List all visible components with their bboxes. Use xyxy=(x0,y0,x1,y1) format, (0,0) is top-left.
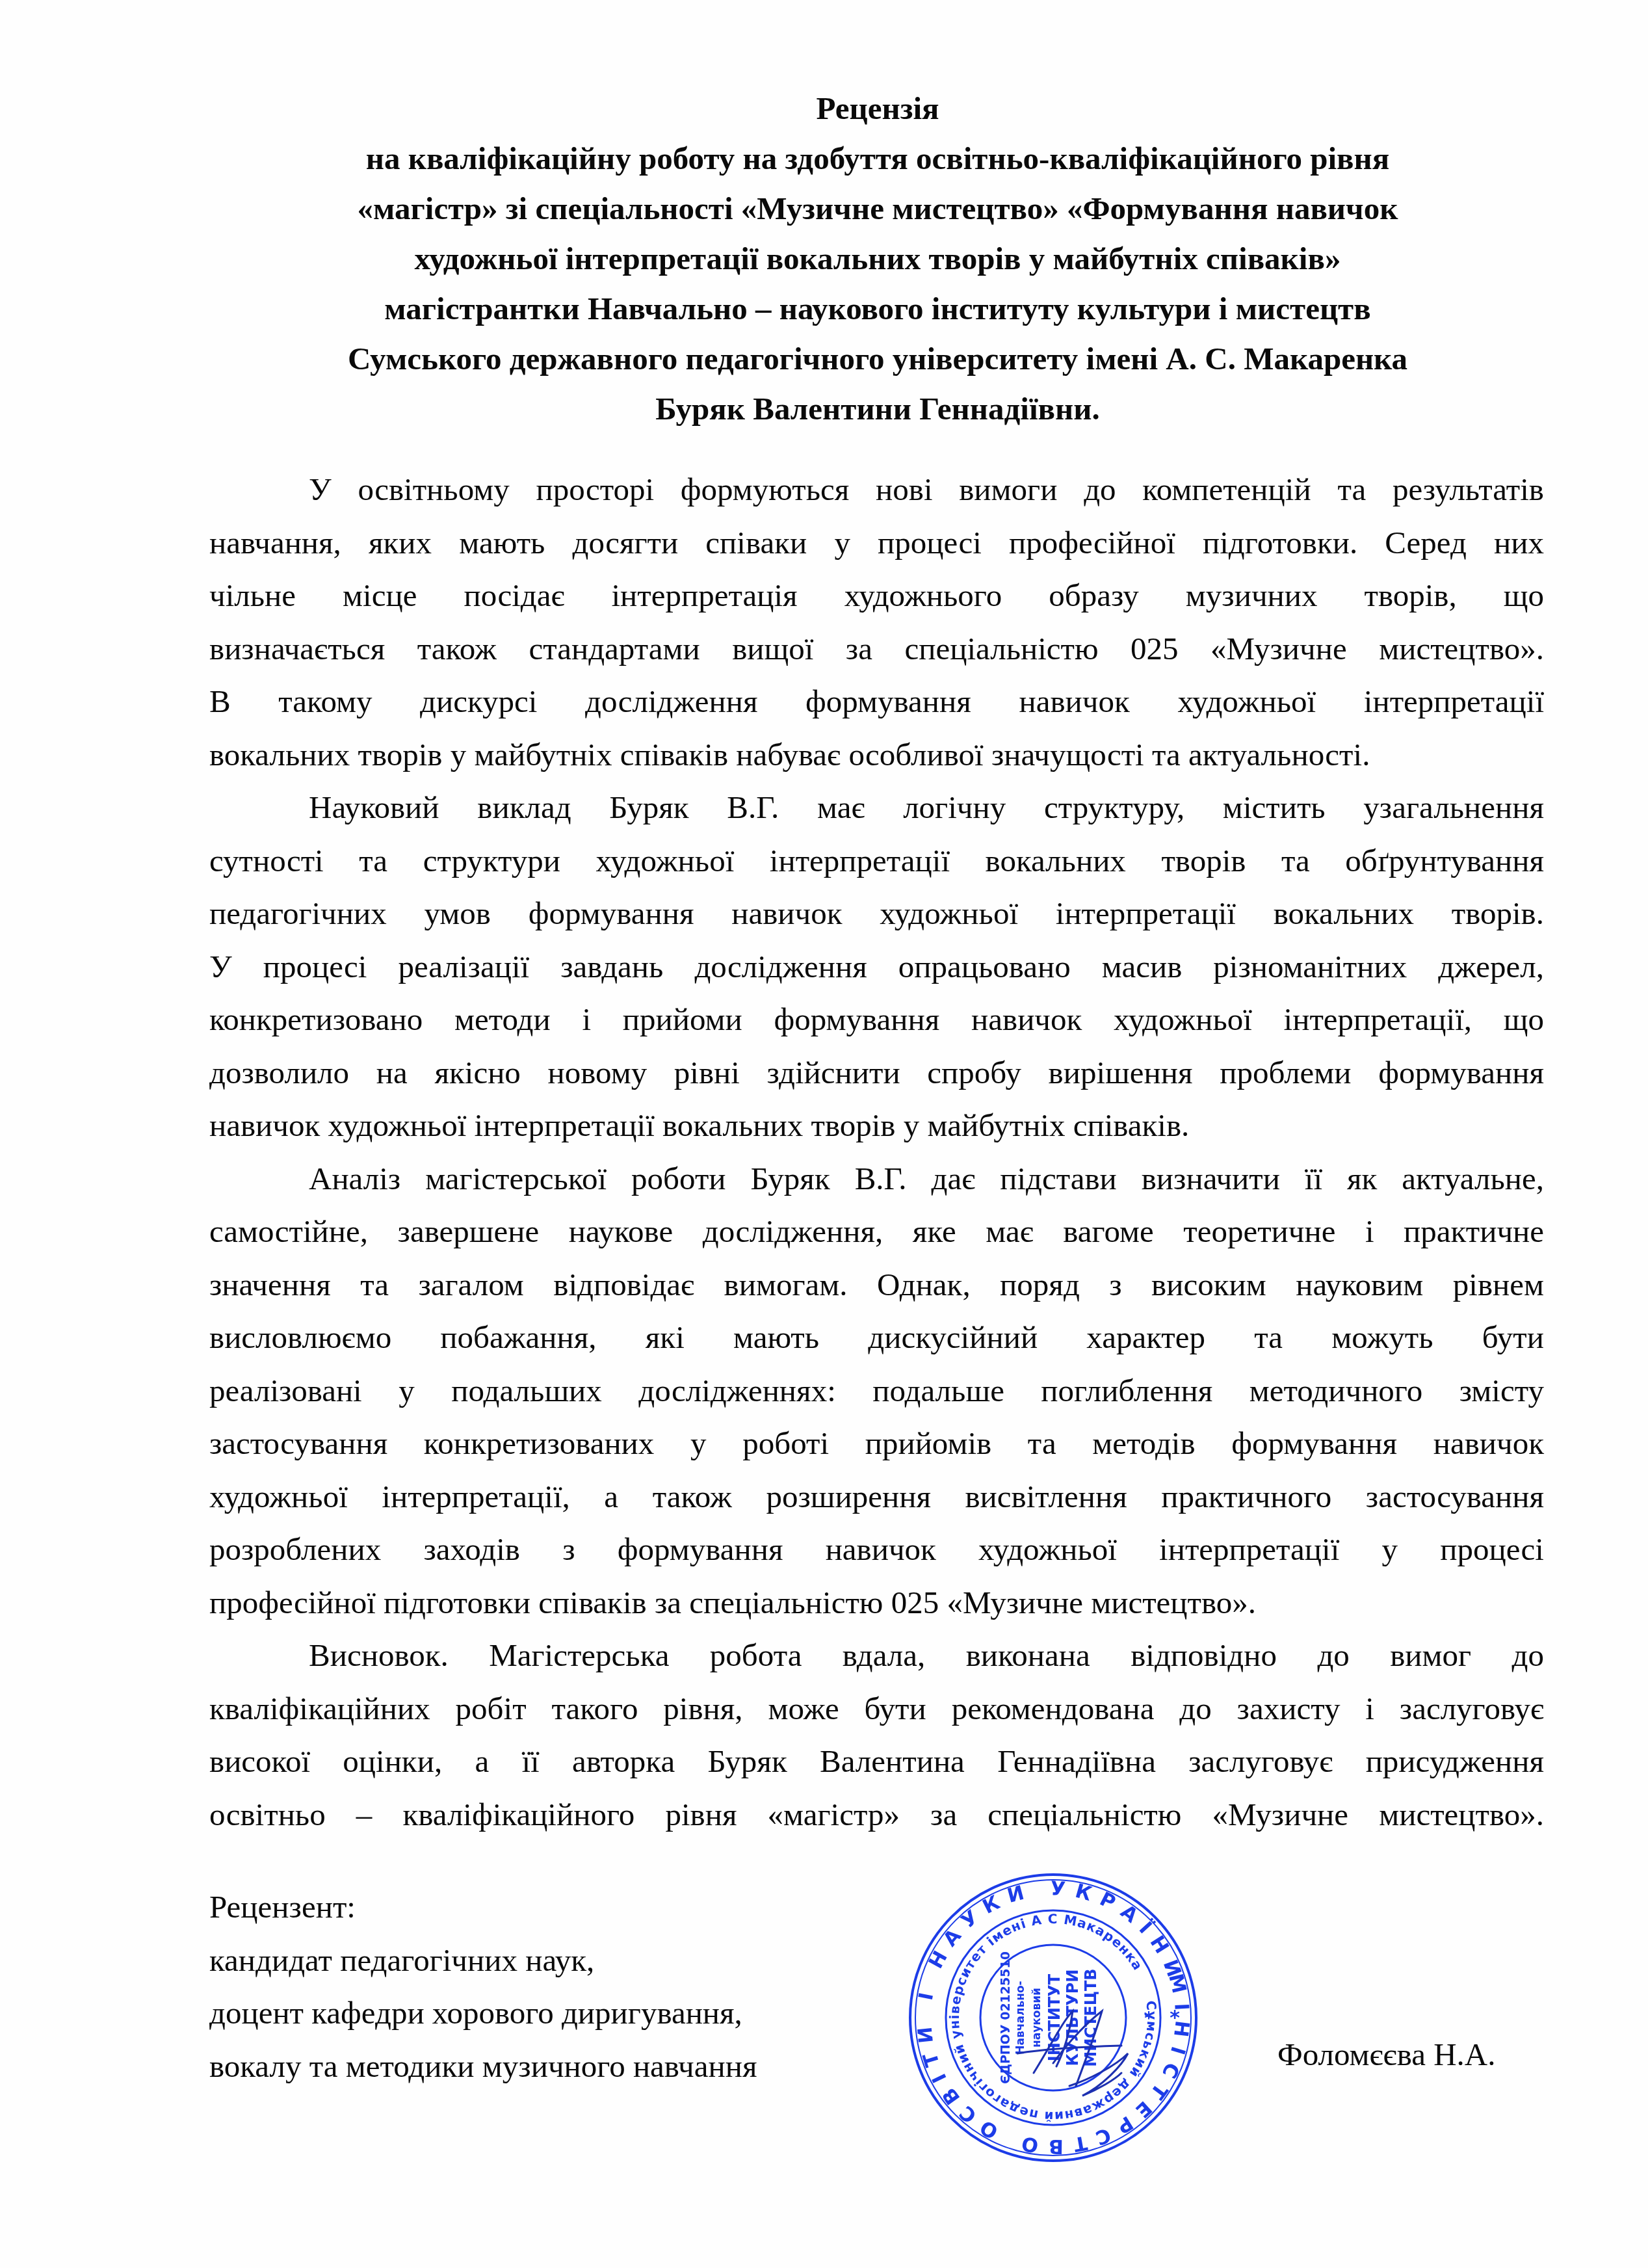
text-line: Висновок. Магістерська робота вдала, вик… xyxy=(209,1629,1544,1682)
subtitle-line: Сумського державного педагогічного уніве… xyxy=(195,334,1560,384)
text-line: навичок художньої інтерпретації вокальни… xyxy=(209,1099,1544,1152)
text-line: сутності та структури художньої інтерпре… xyxy=(209,834,1544,888)
text-line: чільне місце посідає інтерпретація худож… xyxy=(209,569,1544,622)
text-line: реалізовані у подальших дослідженнях: по… xyxy=(209,1364,1544,1417)
text-line: висловлюємо побажання, які мають дискусі… xyxy=(209,1311,1544,1364)
paragraph-analysis: Аналіз магістерської роботи Буряк В.Г. д… xyxy=(209,1152,1544,1629)
stamp-star: * xyxy=(1170,2007,1180,2029)
text-line: Науковий виклад Буряк В.Г. має логічну с… xyxy=(209,781,1544,834)
reviewer-name: Фоломєєва Н.А. xyxy=(1277,2035,1495,2074)
subtitle-line: на кваліфікаційну роботу на здобуття осв… xyxy=(195,133,1560,183)
subtitle-line: «магістр» зі спеціальності «Музичне мист… xyxy=(195,183,1560,233)
text-line: значення та загалом відповідає вимогам. … xyxy=(209,1258,1544,1312)
subtitle-line: художньої інтерпретації вокальних творів… xyxy=(195,233,1560,283)
text-line: В такому дискурсі дослідження формування… xyxy=(209,675,1544,728)
paragraph-relevance: У освітньому просторі формуються нові ви… xyxy=(209,463,1544,781)
text-line: У процесі реалізації завдань дослідження… xyxy=(209,940,1544,994)
text-line: застосування конкретизованих у роботі пр… xyxy=(209,1417,1544,1470)
stamp-inner-line: Навчально- xyxy=(1014,1981,1027,2054)
subtitle-line: Буряк Валентини Геннадіївни. xyxy=(195,384,1560,434)
paragraph-conclusion: Висновок. Магістерська робота вдала, вик… xyxy=(209,1629,1544,1841)
reviewer-degree: кандидат педагогічних наук, xyxy=(209,1934,757,1987)
text-line: художньої інтерпретації, а також розшире… xyxy=(209,1470,1544,1523)
review-body: У освітньому просторі формуються нові ви… xyxy=(209,463,1544,1841)
reviewer-position: доцент кафедри хорового диригування, xyxy=(209,1986,757,2040)
text-line: конкретизовано методи і прийоми формуван… xyxy=(209,993,1544,1046)
reviewer-department: вокалу та методики музичного навчання xyxy=(209,2040,757,2093)
text-line: визначається також стандартами вищої за … xyxy=(209,622,1544,676)
document-page: Рецензія на кваліфікаційну роботу на здо… xyxy=(0,0,1648,2268)
document-title: Рецензія xyxy=(195,83,1560,133)
text-line: кваліфікаційних робіт такого рівня, може… xyxy=(209,1682,1544,1735)
text-line: освітньо – кваліфікаційного рівня «магіс… xyxy=(209,1788,1544,1841)
reviewer-label: Рецензент: xyxy=(209,1880,757,1934)
text-line: розроблених заходів з формування навичок… xyxy=(209,1523,1544,1576)
subtitle-line: магістрантки Навчально – наукового інсти… xyxy=(195,283,1560,334)
text-line: Аналіз магістерської роботи Буряк В.Г. д… xyxy=(209,1152,1544,1206)
text-line: навчання, яких мають досягти співаки у п… xyxy=(209,516,1544,570)
text-line: дозволило на якісно новому рівні здійсни… xyxy=(209,1046,1544,1100)
text-line: У освітньому просторі формуються нові ви… xyxy=(209,463,1544,516)
text-line: професійної підготовки співаків за спеці… xyxy=(209,1576,1544,1629)
text-line: вокальних творів у майбутніх співаків на… xyxy=(209,728,1544,782)
stamp-inner-line: науковий xyxy=(1030,1988,1043,2048)
stamp-inner-line: МИСТЕЦТВ xyxy=(1082,1968,1100,2066)
document-heading: Рецензія на кваліфікаційну роботу на здо… xyxy=(195,83,1560,434)
paragraph-structure: Науковий виклад Буряк В.Г. має логічну с… xyxy=(209,781,1544,1152)
text-line: педагогічних умов формування навичок худ… xyxy=(209,887,1544,940)
reviewer-block: Рецензент: кандидат педагогічних наук, д… xyxy=(209,1880,757,2092)
official-stamp-icon: МІНІСТЕРСТВО ОСВІТИ І НАУКИ УКРАЇНИ Сумс… xyxy=(907,1871,1199,2164)
stamp-code: ЄДРПОУ 02125510 xyxy=(999,1951,1013,2084)
text-line: високої оцінки, а її авторка Буряк Вален… xyxy=(209,1735,1544,1788)
text-line: самостійне, завершене наукове дослідженн… xyxy=(209,1205,1544,1258)
stamp-star: * xyxy=(1144,2009,1153,2029)
